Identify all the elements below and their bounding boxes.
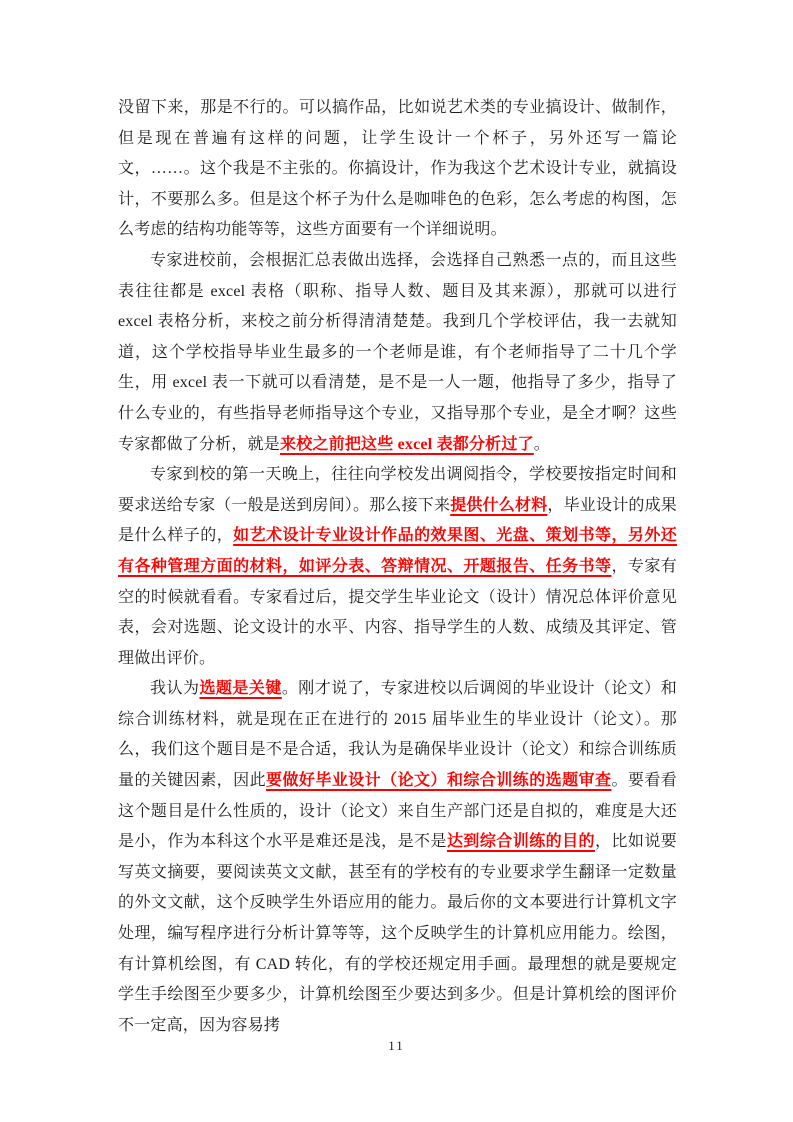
paragraph: 没留下来，那是不行的。可以搞作品，比如说艺术类的专业搞设计、做制作，但是现在普遍… [118, 93, 677, 246]
emphasized-text: 提供什么材料 [450, 497, 547, 514]
paragraph: 我认为选题是关键。刚才说了，专家进校以后调阅的毕业设计（论文）和综合训练材料，就… [118, 674, 677, 1041]
emphasized-text: 来校之前把这些 excel 表都分析过了 [280, 436, 534, 453]
document-body: 没留下来，那是不行的。可以搞作品，比如说艺术类的专业搞设计、做制作，但是现在普遍… [118, 93, 677, 1041]
text-run: 我认为 [150, 680, 199, 697]
emphasized-text: 选题是关键 [199, 680, 281, 697]
page-number: 11 [0, 1038, 793, 1054]
paragraph: 专家进校前，会根据汇总表做出选择，会选择自己熟悉一点的，而且这些表往往都是 ex… [118, 246, 677, 460]
paragraph: 专家到校的第一天晚上，往往向学校发出调阅指令，学校要按指定时间和要求送给专家（一… [118, 460, 677, 674]
emphasized-text: 达到综合训练的目的 [447, 833, 595, 850]
text-run: 专家进校前，会根据汇总表做出选择，会选择自己熟悉一点的，而且这些表往往都是 ex… [118, 252, 677, 453]
document-page: 没留下来，那是不行的。可以搞作品，比如说艺术类的专业搞设计、做制作，但是现在普遍… [0, 0, 793, 1122]
text-run: 。 [534, 436, 550, 453]
text-run: ，比如说要写英文摘要，要阅读英文文献，甚至有的学校有的专业要求学生翻译一定数量的… [118, 833, 677, 1034]
emphasized-text: 要做好毕业设计（论文）和综合训练的选题审查 [266, 772, 611, 789]
text-run: 没留下来，那是不行的。可以搞作品，比如说艺术类的专业搞设计、做制作，但是现在普遍… [118, 99, 677, 238]
